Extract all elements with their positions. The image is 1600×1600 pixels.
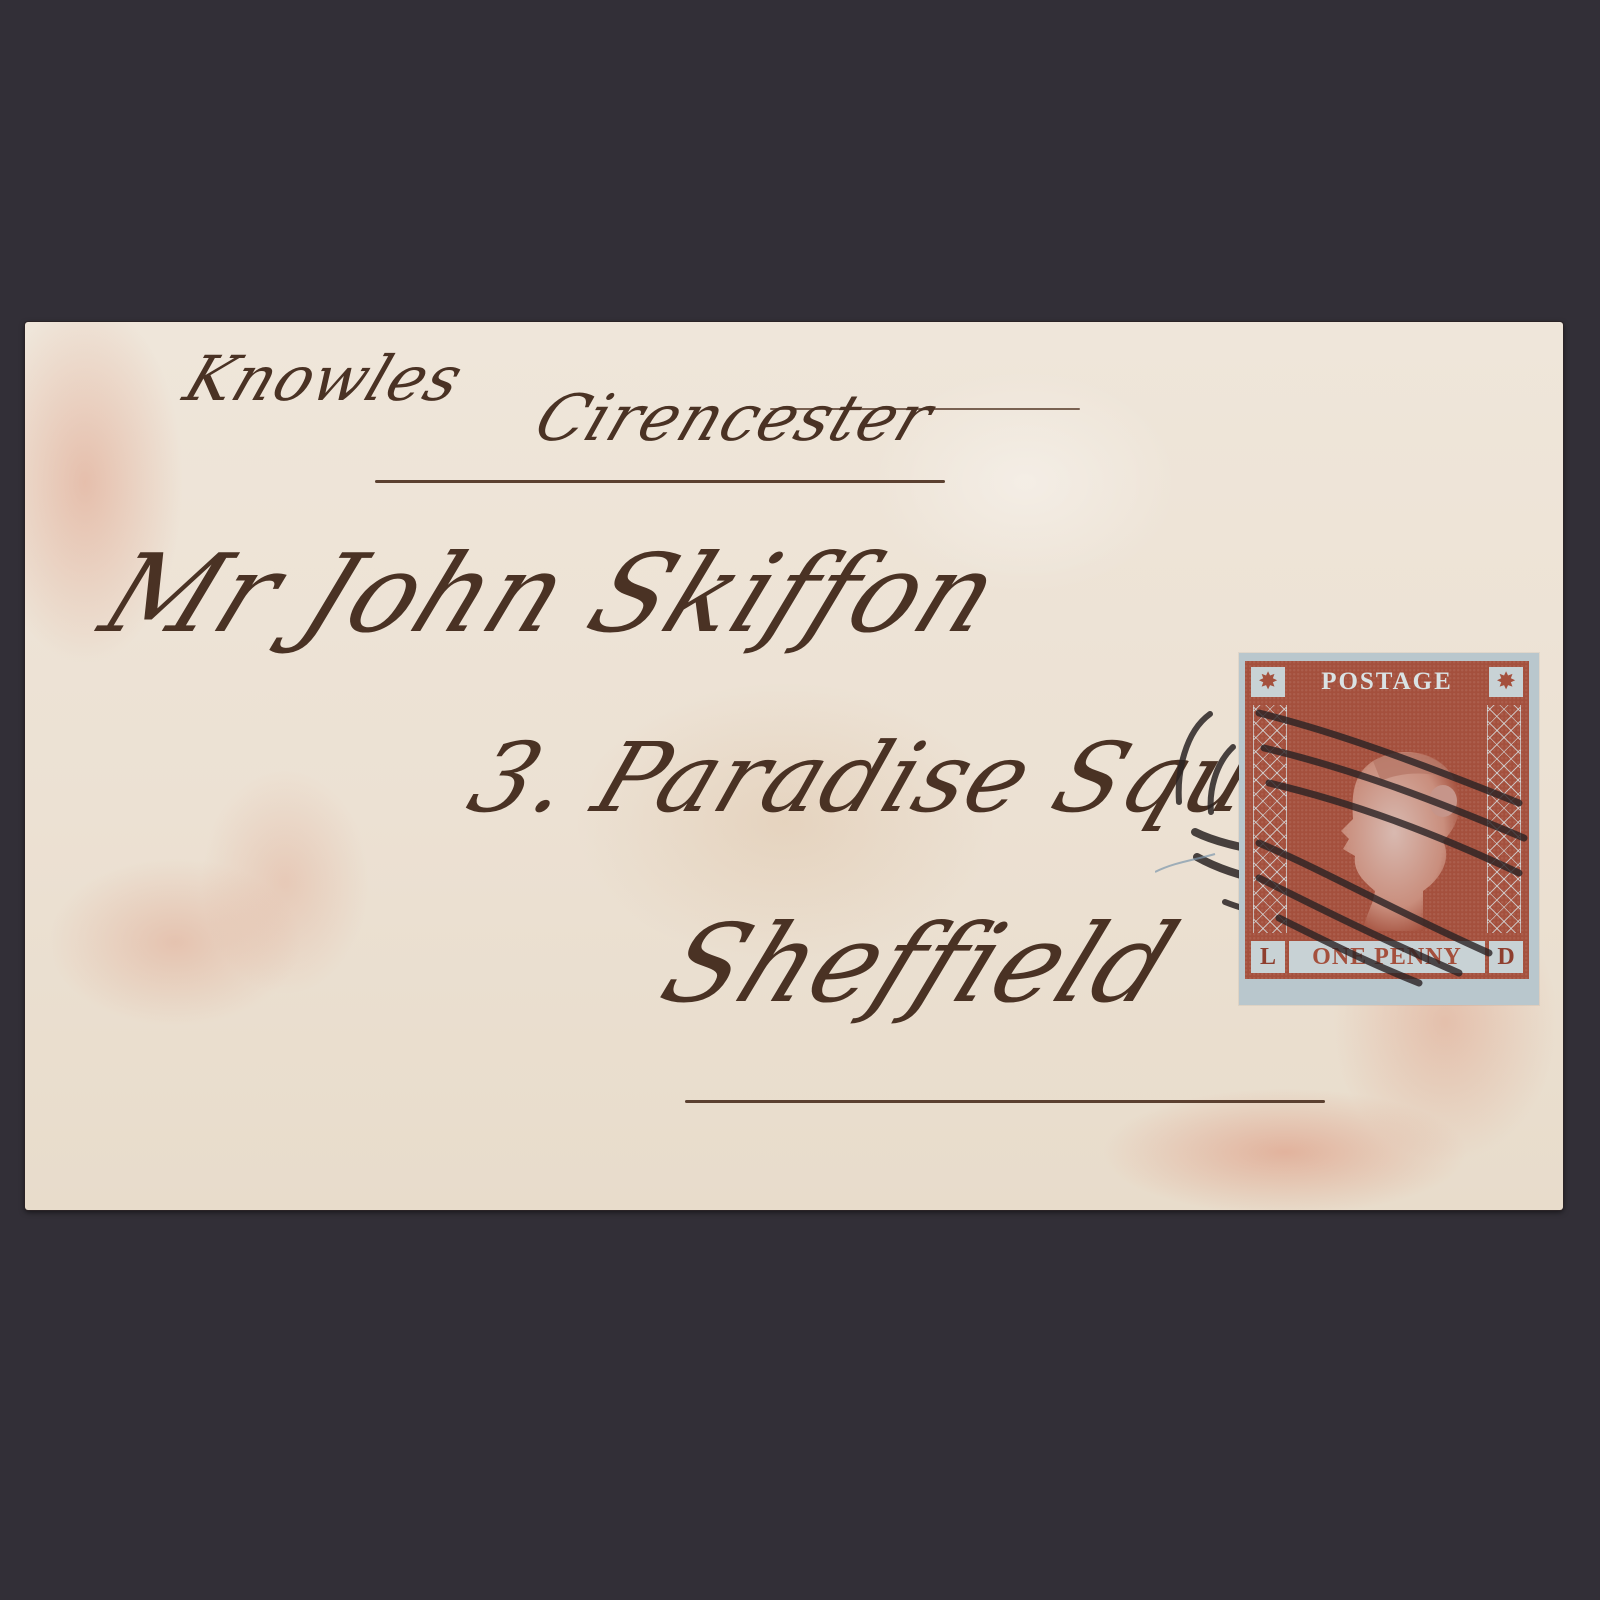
sender-underline xyxy=(375,480,945,483)
recipient-name: Mr John Skiffon xyxy=(85,532,1017,657)
queen-portrait-icon xyxy=(1303,731,1473,941)
star-ornament-icon: ✸ xyxy=(1251,667,1285,697)
check-letter-right: D xyxy=(1489,941,1523,973)
stamp-postage-label: POSTAGE xyxy=(1289,667,1485,697)
stamp-top-band: ✸ POSTAGE ✸ xyxy=(1245,661,1529,701)
star-ornament-icon: ✸ xyxy=(1489,667,1523,697)
check-letter-left: L xyxy=(1251,941,1285,973)
postage-stamp: ✸ POSTAGE ✸ L ONE xyxy=(1239,653,1539,1005)
sender-name-text: Knowles xyxy=(175,342,474,415)
envelope: Knowles Cirencester Mr John Skiffon 3. P… xyxy=(25,322,1563,1210)
address-underline xyxy=(685,1100,1325,1103)
sender-town-text: Cirencester xyxy=(525,382,943,456)
stamp-lattice-border-left xyxy=(1253,705,1287,933)
recipient-city: Sheffield xyxy=(645,902,1194,1027)
stamp-lattice-border-right xyxy=(1487,705,1521,933)
stamp-bottom-band: L ONE PENNY D xyxy=(1245,939,1529,979)
stamp-design: ✸ POSTAGE ✸ L ONE xyxy=(1245,661,1529,979)
stamp-value-label: ONE PENNY xyxy=(1289,941,1485,973)
